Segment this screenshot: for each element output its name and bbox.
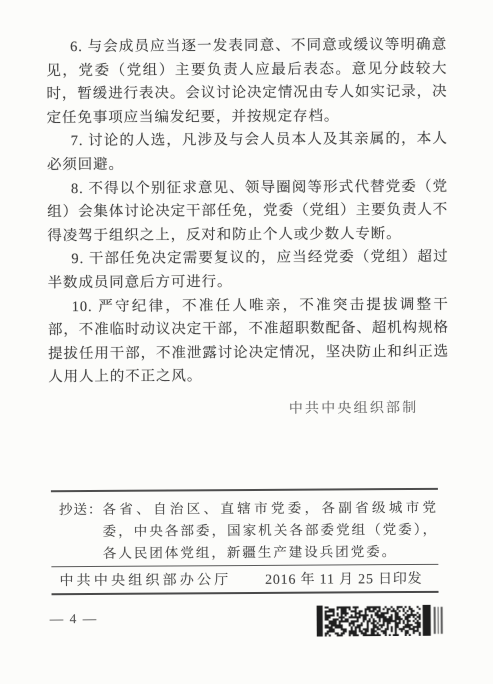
document-paragraph-6: 6. 与会成员应当逐一发表同意、不同意或缓议等明确意见，党委（党组）主要负责人应… xyxy=(46,34,448,131)
document-paragraph-8: 8. 不得以个别征求意见、领导圈阅等形式代替党委（党组）会集体讨论决定干部任免，… xyxy=(47,175,448,248)
document-paragraph-10: 10. 严守纪律，不准任人唯亲，不准突击提拔调整干部，不准临时动议决定干部，不准… xyxy=(48,293,450,390)
page-number: — 4 — xyxy=(50,611,98,627)
document-paragraph-9: 9. 干部任免决定需要复议的，应当经党委（党组）超过半数成员同意后方可进行。 xyxy=(47,246,448,296)
cc-recipients: 各省、自治区、直辖市党委，各副省级城市党委，中央各部委，国家机关各部委党组（党委… xyxy=(102,497,438,565)
scanned-document-page: 6. 与会成员应当逐一发表同意、不同意或缓议等明确意见，党委（党组）主要负责人应… xyxy=(0,0,493,684)
issue-info-row: 中共中央组织部办公厅 2016 年 11 月 25 日印发 xyxy=(51,564,438,595)
issuing-office: 中共中央组织部办公厅 xyxy=(59,569,231,590)
cc-row: 抄送： 各省、自治区、直辖市党委，各副省级城市党委，中央各部委，国家机关各部委党… xyxy=(59,497,438,565)
document-paragraph-7: 7. 讨论的人选，凡涉及与会人员本人及其亲属的，本人必须回避。 xyxy=(47,128,448,178)
cc-label: 抄送： xyxy=(59,499,103,565)
paper-sheet: 6. 与会成员应当逐一发表同意、不同意或缓议等明确意见，党委（党组）主要负责人应… xyxy=(0,0,493,684)
print-date: 2016 年 11 月 25 日印发 xyxy=(265,568,423,589)
issuing-authority-signature: 中共中央组织部制 xyxy=(48,397,449,423)
document-body: 6. 与会成员应当逐一发表同意、不同意或缓议等明确意见，党委（党组）主要负责人应… xyxy=(46,34,449,423)
cc-section: 抄送： 各省、自治区、直辖市党委，各副省级城市党委，中央各部委，国家机关各部委党… xyxy=(51,488,438,571)
barcode-image xyxy=(317,605,445,637)
page-footer: — 4 — xyxy=(50,605,447,638)
